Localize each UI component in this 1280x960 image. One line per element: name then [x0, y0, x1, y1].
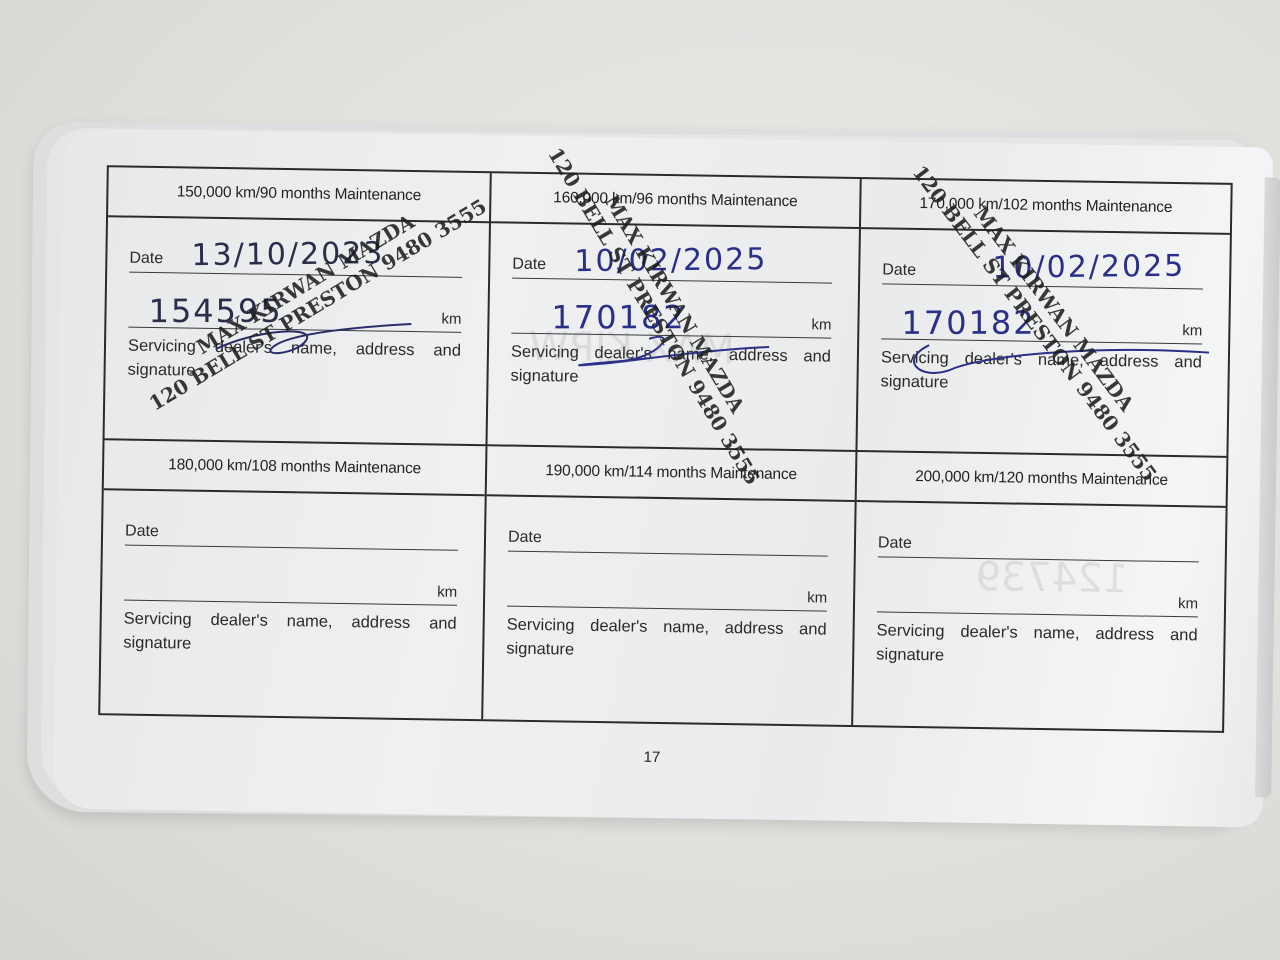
- logbook-page: 150,000 km/90 months Maintenance Date 13…: [53, 129, 1274, 828]
- bleed-through-text: MAX KIRW: [529, 324, 735, 373]
- dealer-signature-label: Servicing dealer's name, address and sig…: [506, 613, 831, 666]
- maintenance-heading: 180,000 km/108 months Maintenance: [104, 440, 486, 496]
- date-label: Date: [508, 529, 542, 548]
- maintenance-cell-190000: 190,000 km/114 months Maintenance Date k…: [483, 446, 857, 725]
- date-label: Date: [882, 261, 916, 280]
- bleed-through-text: 124739: [975, 554, 1128, 602]
- maintenance-heading: 190,000 km/114 months Maintenance: [487, 446, 856, 502]
- km-label: km: [437, 583, 457, 600]
- dealer-signature-label: Servicing dealer's name, address and sig…: [123, 607, 461, 660]
- maintenance-grid: 150,000 km/90 months Maintenance Date 13…: [98, 165, 1233, 733]
- date-label: Date: [878, 534, 912, 553]
- date-label: Date: [125, 523, 159, 542]
- km-label: km: [807, 589, 827, 606]
- maintenance-cell-200000: 200,000 km/120 months Maintenance Date k…: [853, 452, 1226, 731]
- km-field[interactable]: km: [507, 552, 828, 612]
- maintenance-cell-160000: 160,000 km/96 months Maintenance Date 10…: [487, 173, 861, 452]
- date-label: Date: [512, 256, 546, 275]
- km-label: km: [1178, 595, 1198, 612]
- date-label: Date: [129, 250, 163, 269]
- date-field[interactable]: Date 10/02/2025: [512, 224, 833, 284]
- maintenance-cell-170000: 170,000 km/102 months Maintenance Date 1…: [857, 179, 1230, 458]
- km-label: km: [441, 311, 461, 328]
- maintenance-heading: 160,000 km/96 months Maintenance: [491, 173, 860, 229]
- km-label: km: [811, 316, 831, 333]
- date-field[interactable]: Date: [508, 497, 829, 557]
- dealer-signature-label: Servicing dealer's name, address and sig…: [876, 618, 1202, 671]
- date-field[interactable]: Date: [125, 491, 459, 551]
- page-number: 17: [643, 749, 660, 766]
- maintenance-cell-150000: 150,000 km/90 months Maintenance Date 13…: [105, 167, 492, 446]
- km-field[interactable]: km: [124, 546, 458, 606]
- maintenance-cell-180000: 180,000 km/108 months Maintenance Date k…: [100, 440, 487, 719]
- km-label: km: [1182, 322, 1202, 339]
- maintenance-heading: 200,000 km/120 months Maintenance: [857, 452, 1227, 508]
- date-field[interactable]: Date: [878, 502, 1200, 562]
- book-spine: [1255, 177, 1280, 797]
